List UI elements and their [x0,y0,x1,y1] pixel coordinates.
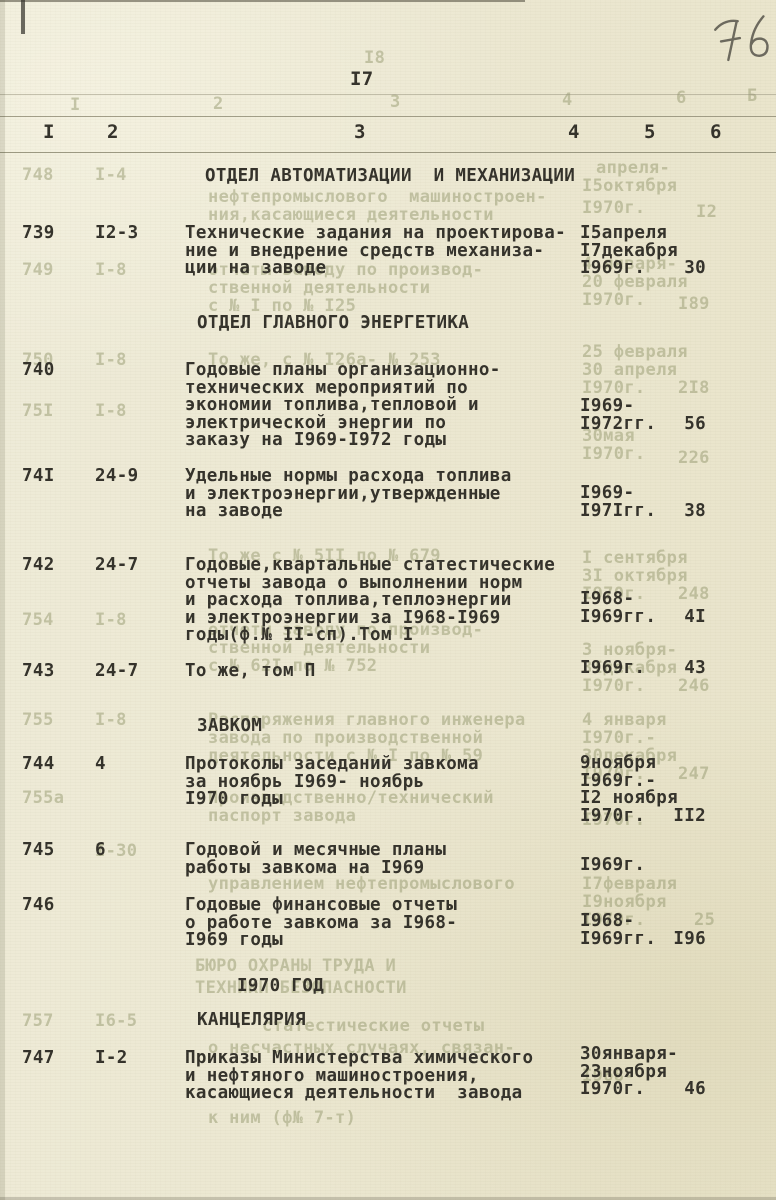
row-title: Удельные нормы расхода топливаи электроэ… [185,468,512,521]
row-date-line: I969гг. [580,931,656,949]
row-title-line: Удельные нормы расхода топлива [185,468,512,486]
row-number: 745 [22,842,55,860]
row-title-line: Протоколы заседаний завкома [185,756,479,774]
row-title: Годовые планы организационно-технических… [185,362,501,450]
row-dates: I968-I969гг. [580,591,656,626]
row-count: 56 [684,416,706,434]
row-dates: I968-I969гг. [580,913,656,948]
row-number: 743 [22,663,55,681]
handwritten-folio-number [708,10,774,70]
row-date-line: I970г. [580,1081,678,1099]
section-heading: I970 ГОД [237,978,324,996]
section-heading: ОТДЕЛ ГЛАВНОГО ЭНЕРГЕТИКА [197,315,469,333]
column-header-3: 3 [354,124,366,142]
row-title: Годовые финансовые отчетыо работе завком… [185,897,457,950]
row-title-line: I969 годы [185,932,457,950]
row-date-line: I969- [580,485,656,503]
row-title-line: Годовые,квартальные статестические [185,557,555,575]
scan-edge-left [0,0,5,1200]
row-number: 740 [22,362,55,380]
row-title: Годовые,квартальные статестическиеотчеты… [185,557,555,645]
row-title-line: заказу на I969-I972 годы [185,432,501,450]
ruled-line [0,152,776,153]
row-title: Протоколы заседаний завкомаза ноябрь I96… [185,756,479,809]
row-date-line: I969г. [580,857,645,875]
column-header-5: 5 [644,124,656,142]
row-index: 24-7 [95,557,139,575]
row-dates: 30января-23ноябряI970г. [580,1046,678,1099]
row-title: Технические задания на проектирова-ние и… [185,225,566,278]
row-number: 747 [22,1050,55,1068]
column-header-1: I [43,124,55,142]
row-date-line: I968- [580,591,656,609]
section-heading: ОТДЕЛ АВТОМАТИЗАЦИИ И МЕХАНИЗАЦИИ [205,168,575,186]
row-title-line: То же, том П [185,663,316,681]
row-number: 742 [22,557,55,575]
row-date-line: I5апреля [580,225,678,243]
page-number: I7 [350,71,374,89]
row-count: 30 [684,260,706,278]
row-date-line: 30января- [580,1046,678,1064]
scanned-archive-inventory-page: I8I2346Б748I-4апреля-I5октябрянефтепромы… [0,0,776,1200]
row-date-line: I972гг. [580,416,656,434]
row-title-line: Технические задания на проектирова- [185,225,566,243]
section-heading: ЗАВКОМ [197,718,262,736]
row-index: I2-3 [95,225,139,243]
row-title-line: Приказы Министерства химического [185,1050,533,1068]
row-index: 24-7 [95,663,139,681]
row-title-line: касающиеся деятельности завода [185,1085,533,1103]
scan-edge-tick [21,0,25,34]
row-title: Приказы Министерства химическогои нефтян… [185,1050,533,1103]
row-date-line: 9ноября [580,755,678,773]
row-title-line: Годовые финансовые отчеты [185,897,457,915]
row-index: 4 [95,756,106,774]
section-heading: КАНЦЕЛЯРИЯ [197,1012,306,1030]
row-dates: I969-I972гг. [580,398,656,433]
row-date-line: I969гг. [580,609,656,627]
row-date-line: I97Iгг. [580,503,656,521]
row-dates: I969г. [580,660,645,678]
row-dates: I969-I97Iгг. [580,485,656,520]
row-date-line: I969г. [580,260,678,278]
row-index: I-2 [95,1050,128,1068]
scan-edge-top [0,0,525,2]
row-title-line: на заводе [185,503,512,521]
handwritten-76-glyph [708,10,773,66]
column-header-2: 2 [107,124,119,142]
column-header-4: 4 [568,124,580,142]
row-count: II2 [673,808,706,826]
row-index: 6 [95,842,106,860]
row-title-line: I970 годы [185,791,479,809]
column-header-6: 6 [710,124,722,142]
row-title: Годовой и месячные планыработы завкома н… [185,842,446,877]
row-count: 43 [684,660,706,678]
ruled-line [0,94,776,95]
row-index: 24-9 [95,468,139,486]
row-date-line: I968- [580,913,656,931]
row-number: 744 [22,756,55,774]
row-title-line: годы(ф.№ II-сп).Том I [185,627,555,645]
row-count: 38 [684,503,706,521]
row-count: I96 [673,931,706,949]
row-date-line: I969г. [580,660,645,678]
row-title-line: Годовые планы организационно- [185,362,501,380]
row-dates: I5апреляI7декабряI969г. [580,225,678,278]
row-count: 4I [684,609,706,627]
row-number: 74I [22,468,55,486]
row-title-line: работы завкома на I969 [185,860,446,878]
row-dates: I969г. [580,857,645,875]
row-date-line: I970г. [580,808,678,826]
row-title-line: ции на заводе [185,260,566,278]
row-title-line: Годовой и месячные планы [185,842,446,860]
row-title: То же, том П [185,663,316,681]
row-number: 746 [22,897,55,915]
ruled-line [0,116,776,117]
row-count: 46 [684,1081,706,1099]
row-number: 739 [22,225,55,243]
row-date-line: I969- [580,398,656,416]
row-dates: 9ноябряI969г.-I2 ноябряI970г. [580,755,678,825]
